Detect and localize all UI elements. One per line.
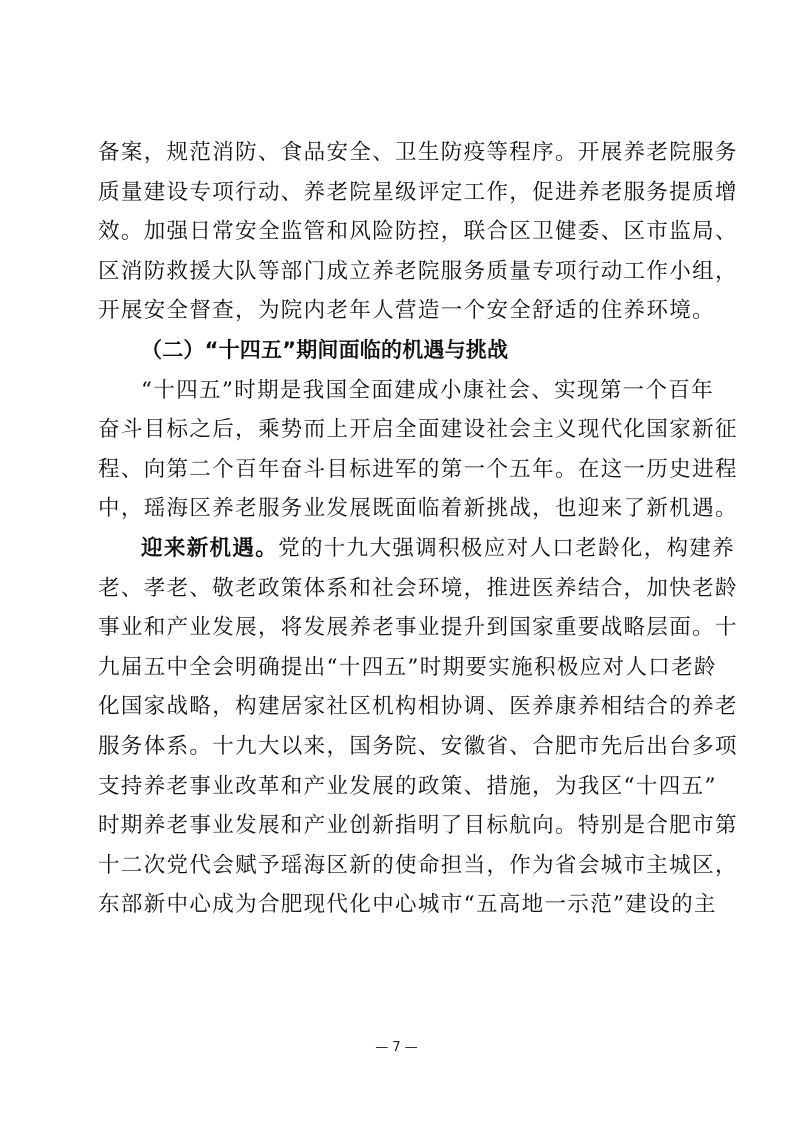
section-heading: （二）“十四五”期间面临的机遇与挑战 [98, 331, 696, 371]
text-line: 奋斗目标之后，乘势而上开启全面建设社会主义现代化国家新征 [98, 410, 696, 450]
text-line: 老、孝老、敬老政策体系和社会环境，推进医养结合，加快老龄 [98, 569, 696, 609]
text-line: 服务体系。十九大以来，国务院、安徽省、合肥市先后出台多项 [98, 727, 696, 767]
opportunity-lead: 迎来新机遇。 [141, 536, 278, 561]
text-line: 时期养老事业发展和产业创新指明了目标航向。特别是合肥市第 [98, 806, 696, 846]
text-line: 程、向第二个百年奋斗目标进军的第一个五年。在这一历史进程 [98, 450, 696, 490]
text-line: 支持养老事业改革和产业发展的政策、措施，为我区“十四五” [98, 767, 696, 807]
text-line: “十四五”时期是我国全面建成小康社会、实现第一个百年 [98, 371, 696, 411]
text-line: 备案，规范消防、食品安全、卫生防疫等程序。开展养老院服务 [98, 133, 696, 173]
text-line: 质量建设专项行动、养老院星级评定工作，促进养老服务提质增 [98, 173, 696, 213]
text-line: 中，瑶海区养老服务业发展既面临着新挑战，也迎来了新机遇。 [98, 489, 696, 529]
text-line: 化国家战略，构建居家社区机构相协调、医养康养相结合的养老 [98, 687, 696, 727]
text-line: 区消防救援大队等部门成立养老院服务质量专项行动工作小组， [98, 252, 696, 292]
opportunity-first-line: 迎来新机遇。党的十九大强调积极应对人口老龄化，构建养 [98, 529, 696, 569]
text-line: 开展安全督查，为院内老年人营造一个安全舒适的住养环境。 [98, 291, 696, 331]
text-line: 十二次党代会赋予瑶海区新的使命担当，作为省会城市主城区， [98, 846, 696, 886]
page-number: — 7 — [0, 1040, 793, 1055]
text-line: 九届五中全会明确提出“十四五”时期要实施积极应对人口老龄 [98, 648, 696, 688]
text-line: 东部新中心成为合肥现代化中心城市“五高地一示范”建设的主 [98, 885, 696, 925]
document-page: 备案，规范消防、食品安全、卫生防疫等程序。开展养老院服务 质量建设专项行动、养老… [98, 133, 696, 925]
text-line: 事业和产业发展，将发展养老事业提升到国家重要战略层面。十 [98, 608, 696, 648]
text-line: 效。加强日常安全监管和风险防控，联合区卫健委、区市监局、 [98, 212, 696, 252]
text-span: 党的十九大强调积极应对人口老龄化，构建养 [278, 536, 735, 561]
